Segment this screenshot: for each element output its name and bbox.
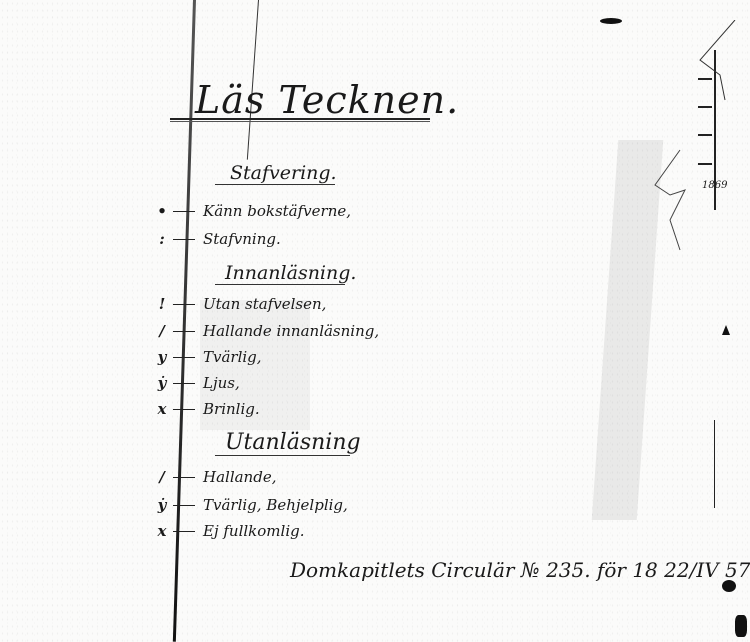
paper-fold-line <box>173 0 196 642</box>
list-item: x Brinlig. <box>155 400 260 418</box>
list-item: • Känn bokstäfverne, <box>155 202 351 220</box>
section-heading-utanlasning: Utanläsning <box>225 430 361 455</box>
heading-underline <box>215 184 335 185</box>
item-text: Brinlig. <box>203 400 260 418</box>
reading-mark-symbol: ẏ <box>155 374 169 392</box>
item-text: Känn bokstäfverne, <box>203 202 351 220</box>
reading-mark-symbol: ẏ <box>155 496 169 514</box>
ink-blot <box>735 615 747 637</box>
item-text: Ej fullkomlig. <box>203 522 304 540</box>
reading-mark-symbol: / <box>155 322 169 340</box>
list-item: : Stafvning. <box>155 230 281 248</box>
ink-blot <box>600 18 622 24</box>
reading-mark-symbol: : <box>155 230 169 248</box>
reading-mark-symbol: y <box>155 348 169 366</box>
reading-mark-symbol: x <box>155 400 169 418</box>
torn-paper-edge <box>640 20 750 260</box>
reading-mark-symbol: x <box>155 522 169 540</box>
list-item: / Hallande innanläsning, <box>155 322 379 340</box>
margin-rule <box>714 420 715 508</box>
section-heading-stafvering: Stafvering. <box>230 162 337 184</box>
ink-blot <box>722 325 730 335</box>
heading-underline <box>215 455 350 456</box>
reading-mark-symbol: / <box>155 468 169 486</box>
ink-blot <box>722 580 736 592</box>
section-heading-innanlasning: Innanläsning. <box>225 262 356 284</box>
list-item: ! Utan stafvelsen, <box>155 295 326 313</box>
title-underline <box>170 118 430 120</box>
list-item: / Hallande, <box>155 468 276 486</box>
title-underline <box>170 121 430 122</box>
document-title: Läs Tecknen. <box>195 78 459 122</box>
list-item: y Tvärlig, <box>155 348 262 366</box>
heading-underline <box>215 284 345 285</box>
list-item: ẏ Ljus, <box>155 374 240 392</box>
footer-circular-reference: Domkapitlets Circulär № 235. för 18 22/I… <box>290 558 750 582</box>
list-item: x Ej fullkomlig. <box>155 522 304 540</box>
reading-mark-symbol: ! <box>155 295 169 313</box>
item-text: Hallande innanläsning, <box>203 322 379 340</box>
item-text: Stafvning. <box>203 230 281 248</box>
item-text: Utan stafvelsen, <box>203 295 326 313</box>
list-item: ẏ Tvärlig, Behjelplig, <box>155 496 348 514</box>
reading-mark-symbol: • <box>155 202 169 220</box>
item-text: Hallande, <box>203 468 276 486</box>
item-text: Tvärlig, <box>203 348 262 366</box>
item-text: Tvärlig, Behjelplig, <box>203 496 348 514</box>
item-text: Ljus, <box>203 374 240 392</box>
